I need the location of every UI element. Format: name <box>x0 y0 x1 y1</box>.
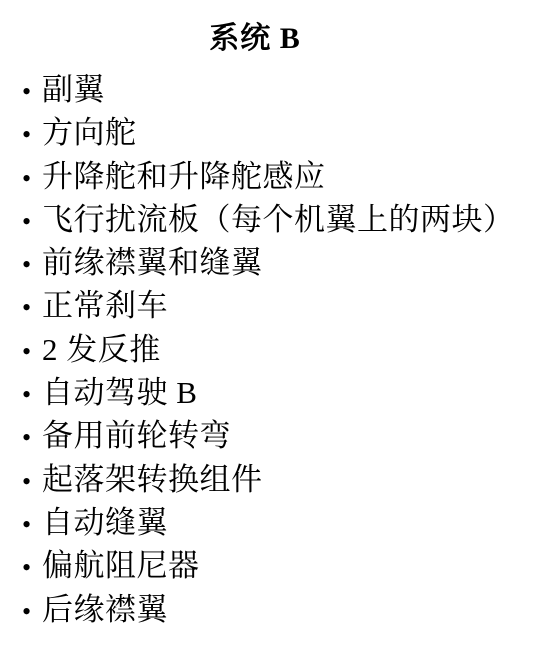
bullet-icon: • <box>22 243 42 286</box>
bullet-icon: • <box>22 416 42 459</box>
page-title: 系统 B <box>0 0 534 56</box>
list-item: • 后缘襟翼 <box>22 588 534 631</box>
list-item-label: 方向舵 <box>42 111 137 154</box>
list-item: • 正常刹车 <box>22 284 534 327</box>
list-item-label: 备用前轮转弯 <box>42 414 231 457</box>
list-item: • 2 发反推 <box>22 328 534 371</box>
list-item: • 备用前轮转弯 <box>22 414 534 457</box>
list-item: • 自动缝翼 <box>22 501 534 544</box>
bullet-icon: • <box>22 286 42 329</box>
list-item-label: 自动缝翼 <box>42 501 168 544</box>
bullet-icon: • <box>22 200 42 243</box>
bullet-icon: • <box>22 113 42 156</box>
list-item-label: 自动驾驶 B <box>42 371 197 414</box>
system-list: • 副翼 • 方向舵 • 升降舵和升降舵感应 • 飞行扰流板（每个机翼上的两块）… <box>0 68 534 631</box>
list-item-label: 飞行扰流板（每个机翼上的两块） <box>42 198 515 241</box>
list-item: • 偏航阻尼器 <box>22 544 534 587</box>
list-item: • 自动驾驶 B <box>22 371 534 414</box>
document-page: 系统 B • 副翼 • 方向舵 • 升降舵和升降舵感应 • 飞行扰流板（每个机翼… <box>0 0 534 654</box>
list-item-label: 升降舵和升降舵感应 <box>42 155 326 198</box>
list-item-label: 2 发反推 <box>42 328 161 371</box>
list-item-label: 起落架转换组件 <box>42 458 263 501</box>
bullet-icon: • <box>22 590 42 633</box>
list-item: • 升降舵和升降舵感应 <box>22 155 534 198</box>
bullet-icon: • <box>22 460 42 503</box>
list-item-label: 偏航阻尼器 <box>42 544 200 587</box>
bullet-icon: • <box>22 70 42 113</box>
bullet-icon: • <box>22 503 42 546</box>
bullet-icon: • <box>22 157 42 200</box>
bullet-icon: • <box>22 330 42 373</box>
list-item-label: 前缘襟翼和缝翼 <box>42 241 263 284</box>
list-item-label: 后缘襟翼 <box>42 588 168 631</box>
list-item: • 副翼 <box>22 68 534 111</box>
bullet-icon: • <box>22 546 42 589</box>
list-item-label: 副翼 <box>42 68 105 111</box>
list-item: • 前缘襟翼和缝翼 <box>22 241 534 284</box>
list-item-label: 正常刹车 <box>42 284 168 327</box>
list-item: • 方向舵 <box>22 111 534 154</box>
bullet-icon: • <box>22 373 42 416</box>
list-item: • 起落架转换组件 <box>22 458 534 501</box>
list-item: • 飞行扰流板（每个机翼上的两块） <box>22 198 534 241</box>
